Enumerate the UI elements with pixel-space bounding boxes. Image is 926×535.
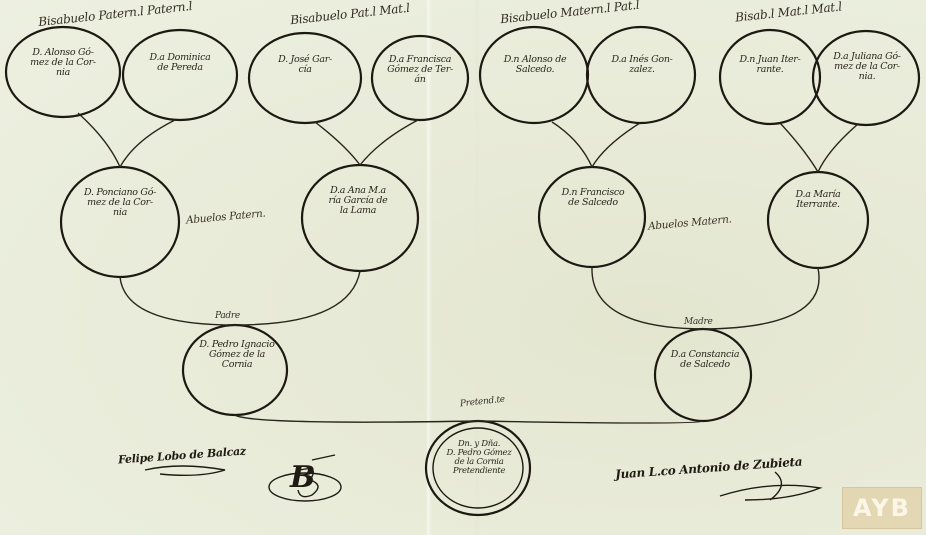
- great-grandparent-2: D.a Dominica de Pereda: [132, 53, 228, 73]
- subject: Dn. y Dña. D. Pedro Gómez de la Cornia P…: [438, 440, 520, 476]
- great-grandparent-3: D. José Gar- cía: [257, 55, 353, 75]
- great-grandparent-7: D.n Juan Iter- rante.: [725, 55, 815, 75]
- circle-gp3: [539, 167, 645, 267]
- great-grandparent-1: D. Alonso Gó- mez de la Cor- nia: [15, 48, 111, 78]
- father: D. Pedro Ignacio Gómez de la Cornia: [192, 340, 282, 370]
- archive-watermark: AYB: [842, 487, 922, 529]
- circle-gg2: [123, 30, 237, 120]
- grandparent-4: D.a María Iterrante.: [775, 190, 861, 210]
- label-mother: Madre: [684, 318, 712, 327]
- circle-gg6: [587, 27, 695, 123]
- circle-gg5: [480, 27, 588, 123]
- mother: D.a Constancia de Salcedo: [660, 350, 750, 370]
- circle-gg3: [249, 33, 361, 123]
- grandparent-2: D.a Ana M.a ría García de la Lama: [310, 186, 406, 216]
- great-grandparent-6: D.a Inés Gon- zalez.: [597, 55, 687, 75]
- circle-gp4: [768, 172, 868, 268]
- great-grandparent-8: D.a Juliana Gó- mez de la Cor- nia.: [822, 52, 912, 82]
- grandparent-1: D. Ponciano Gó- mez de la Cor- nia: [72, 188, 168, 218]
- circle-gp2: [302, 165, 418, 271]
- label-father: Padre: [215, 312, 240, 321]
- grandparent-3: D.n Francisco de Salcedo: [548, 188, 638, 208]
- great-grandparent-5: D.n Alonso de Salcedo.: [490, 55, 580, 75]
- great-grandparent-4: D.a Francisca Gómez de Ter- án: [378, 55, 462, 85]
- monogram-center: B: [290, 462, 315, 494]
- circle-mother: [655, 329, 751, 421]
- circle-gp1: [61, 167, 179, 277]
- circle-gg7: [720, 30, 820, 124]
- genealogy-document: Bisabuelo Patern.l Patern.l Bisabuelo Pa…: [0, 0, 926, 535]
